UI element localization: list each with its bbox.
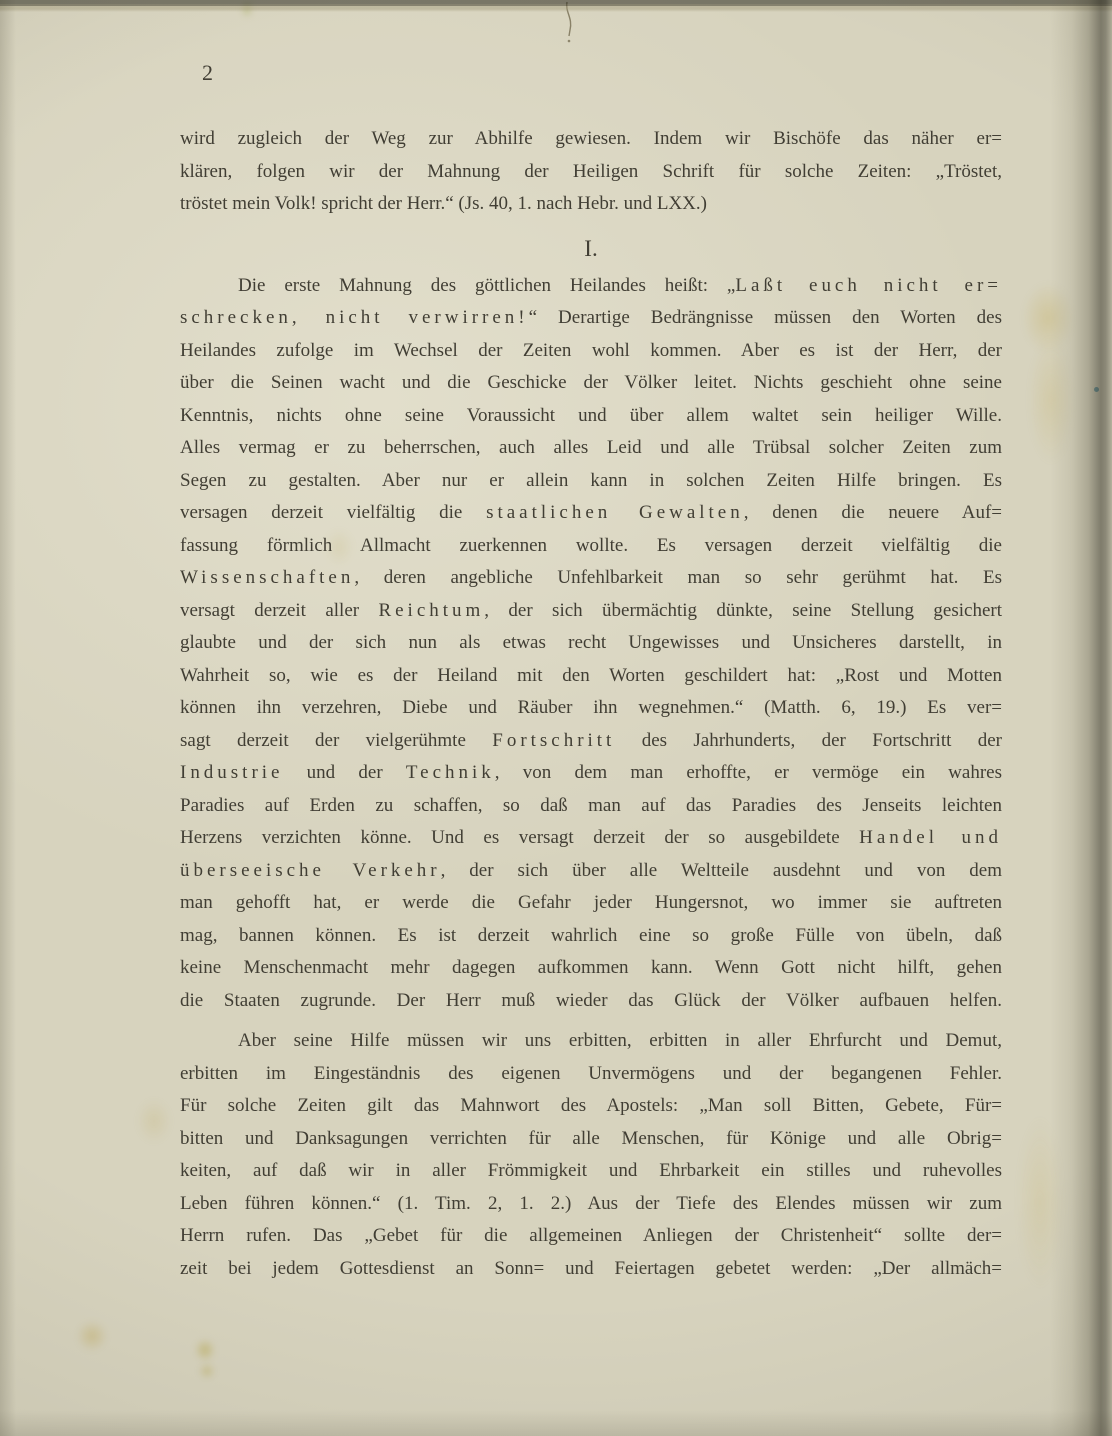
letterspaced-emphasis-text: Industrie [180,762,283,783]
text-line: Aber seine Hilfe müssen wir uns erbitten… [180,1025,1002,1058]
text-line: Heilandes zufolge im Wechsel der Zeiten … [180,335,1002,368]
letterspaced-emphasis-text: schrecken, nicht verwirren! [180,307,529,328]
text-segment: keine Menschenmacht mehr dagegen aufkomm… [180,957,1002,978]
text-line: fassung förmlich Allmacht zuerkennen wol… [180,530,1002,563]
text-line: versagt derzeit aller Reichtum, der sich… [180,595,1002,628]
text-line: keine Menschenmacht mehr dagegen aufkomm… [180,952,1002,985]
text-segment: über die Seinen wacht und die Geschicke … [180,372,1002,393]
text-segment: bitten und Danksagungen verrichten für a… [180,1128,1002,1149]
text-segment: Heilandes zufolge im Wechsel der Zeiten … [180,340,1002,361]
text-segment: tröstet mein Volk! spricht der Herr.“ (J… [180,193,707,214]
paper-stain [76,1320,108,1352]
letterspaced-emphasis-text: Fortschritt [492,730,615,751]
text-line: Segen zu gestalten. Aber nur er allein k… [180,465,1002,498]
paper-stain [240,0,254,18]
text-segment: klären, folgen wir der Mahnung der Heili… [180,161,1002,182]
text-segment: , denen die neuere Auf= [744,502,1002,523]
text-segment: Für solche Zeiten gilt das Mahnwort des … [180,1095,1002,1116]
text-segment: Herrn rufen. Das „Gebet für die allgemei… [180,1225,1002,1246]
paper-stain [1016,1115,1064,1290]
text-line: zeit bei jedem Gottesdienst an Sonn= und… [180,1253,1002,1286]
paper-stain [1022,282,1074,354]
text-line: man gehofft hat, er werde die Gefahr jed… [180,887,1002,920]
paragraph-prayer-exhortation: Aber seine Hilfe müssen wir uns erbitten… [180,1025,1002,1285]
text-segment: fassung förmlich Allmacht zuerkennen wol… [180,535,1002,556]
text-line: Leben führen können.“ (1. Tim. 2, 1. 2.)… [180,1188,1002,1221]
paper-stain [194,1338,216,1362]
text-segment: sagt derzeit der vielgerühmte [180,730,492,751]
text-segment: , deren angebliche Unfehlbarkeit man so … [354,567,1002,588]
text-segment: können ihn verzehren, Diebe und Räuber i… [180,697,1002,718]
text-line: Herzens verzichten könne. Und es versagt… [180,822,1002,855]
scan-edge-left [0,0,16,1436]
text-line: Paradies auf Erden zu schaffen, so daß m… [180,790,1002,823]
text-segment: des Jahrhunderts, der Fortschritt der [615,730,1002,751]
text-line: wird zugleich der Weg zur Abhilfe gewies… [180,123,1002,156]
text-line: keiten, auf daß wir in aller Frömmigkeit… [180,1155,1002,1188]
letterspaced-emphasis-text: überseeische Verkehr [180,860,441,881]
letterspaced-emphasis-text: Technik [406,762,495,783]
ink-fleck-blue [1094,387,1099,392]
text-segment: zeit bei jedem Gottesdienst an Sonn= und… [180,1258,1002,1279]
text-line: Wissenschaften, deren angebliche Unfehlb… [180,562,1002,595]
text-segment: wird zugleich der Weg zur Abhilfe gewies… [180,128,1002,149]
text-line: Die erste Mahnung des göttlichen Heiland… [180,270,1002,303]
text-line: über die Seinen wacht und die Geschicke … [180,367,1002,400]
letterspaced-emphasis-text: Wissenschaften [180,567,354,588]
text-line: schrecken, nicht verwirren!“ Derartige B… [180,302,1002,335]
book-edge-shadow-right [1050,0,1112,1436]
text-line: Alles vermag er zu beherrschen, auch all… [180,432,1002,465]
scratch-mark [0,0,1112,120]
text-line: können ihn verzehren, Diebe und Räuber i… [180,692,1002,725]
text-segment: Leben führen können.“ (1. Tim. 2, 1. 2.)… [180,1193,1002,1214]
text-segment: Paradies auf Erden zu schaffen, so daß m… [180,795,1002,816]
text-line: erbitten im Eingeständnis des eigenen Un… [180,1058,1002,1091]
letterspaced-emphasis-text: Reichtum [378,600,484,621]
text-line: die Staaten zugrunde. Der Herr muß wiede… [180,985,1002,1018]
text-segment: Wahrheit so, wie es der Heiland mit den … [180,665,1002,686]
text-segment: versagt derzeit aller [180,600,378,621]
text-line: Für solche Zeiten gilt das Mahnwort des … [180,1090,1002,1123]
letterspaced-emphasis-text: Laßt euch nicht er= [735,275,1002,296]
text-line: glaubte und der sich nun als etwas recht… [180,627,1002,660]
text-segment: Herzens verzichten könne. Und es versagt… [180,827,859,848]
text-segment: Die erste Mahnung des göttlichen Heiland… [238,275,735,296]
text-segment: Aber seine Hilfe müssen wir uns erbitten… [238,1030,1002,1051]
paragraph-first-admonition: Die erste Mahnung des göttlichen Heiland… [180,270,1002,1018]
text-segment: keiten, auf daß wir in aller Frömmigkeit… [180,1160,1002,1181]
text-segment: , der sich übermächtig dünkte, seine Ste… [484,600,1002,621]
text-segment: die Staaten zugrunde. Der Herr muß wiede… [180,990,1002,1011]
text-line: Wahrheit so, wie es der Heiland mit den … [180,660,1002,693]
letterspaced-emphasis-text: Handel und [859,827,1002,848]
text-segment: man gehofft hat, er werde die Gefahr jed… [180,892,1002,913]
text-line: sagt derzeit der vielgerühmte Fortschrit… [180,725,1002,758]
text-segment: versagen derzeit vielfältig die [180,502,486,523]
text-segment: mag, bannen können. Es ist derzeit wahrl… [180,925,1002,946]
text-segment: “ Derartige Bedrängnisse müssen den Wort… [529,307,1002,328]
text-segment: , der sich über alle Weltteile ausdehnt … [441,860,1002,881]
scan-edge-bottom [0,1410,1112,1436]
scanned-book-page: 2 wird zugleich der Weg zur Abhilfe gewi… [0,0,1112,1436]
scan-edge-top [0,0,1112,12]
paper-stain [198,1362,216,1380]
text-block: wird zugleich der Weg zur Abhilfe gewies… [180,123,1002,1285]
text-line: tröstet mein Volk! spricht der Herr.“ (J… [180,188,1002,221]
paper-stain [136,1098,172,1144]
section-heading: I. [180,232,1002,265]
text-line: überseeische Verkehr, der sich über alle… [180,855,1002,888]
text-line: bitten und Danksagungen verrichten für a… [180,1123,1002,1156]
letterspaced-emphasis-text: staatlichen Gewalten [486,502,744,523]
text-line: klären, folgen wir der Mahnung der Heili… [180,156,1002,189]
text-segment: glaubte und der sich nun als etwas recht… [180,632,1002,653]
text-segment: Alles vermag er zu beherrschen, auch all… [180,437,1002,458]
text-segment: , von dem man erhoffte, er vermöge ein w… [495,762,1002,783]
text-segment: erbitten im Eingeständnis des eigenen Un… [180,1063,1002,1084]
text-line: Kenntnis, nichts ohne seine Voraussicht … [180,400,1002,433]
text-line: Industrie und der Technik, von dem man e… [180,757,1002,790]
text-line: mag, bannen können. Es ist derzeit wahrl… [180,920,1002,953]
paragraph-continuation: wird zugleich der Weg zur Abhilfe gewies… [180,123,1002,221]
text-segment: und der [283,762,405,783]
page-number: 2 [202,60,213,86]
text-segment: Kenntnis, nichts ohne seine Voraussicht … [180,405,1002,426]
text-segment: Segen zu gestalten. Aber nur er allein k… [180,470,1002,491]
text-line: versagen derzeit vielfältig die staatlic… [180,497,1002,530]
paper-stain [1028,335,1074,465]
text-line: Herrn rufen. Das „Gebet für die allgemei… [180,1220,1002,1253]
